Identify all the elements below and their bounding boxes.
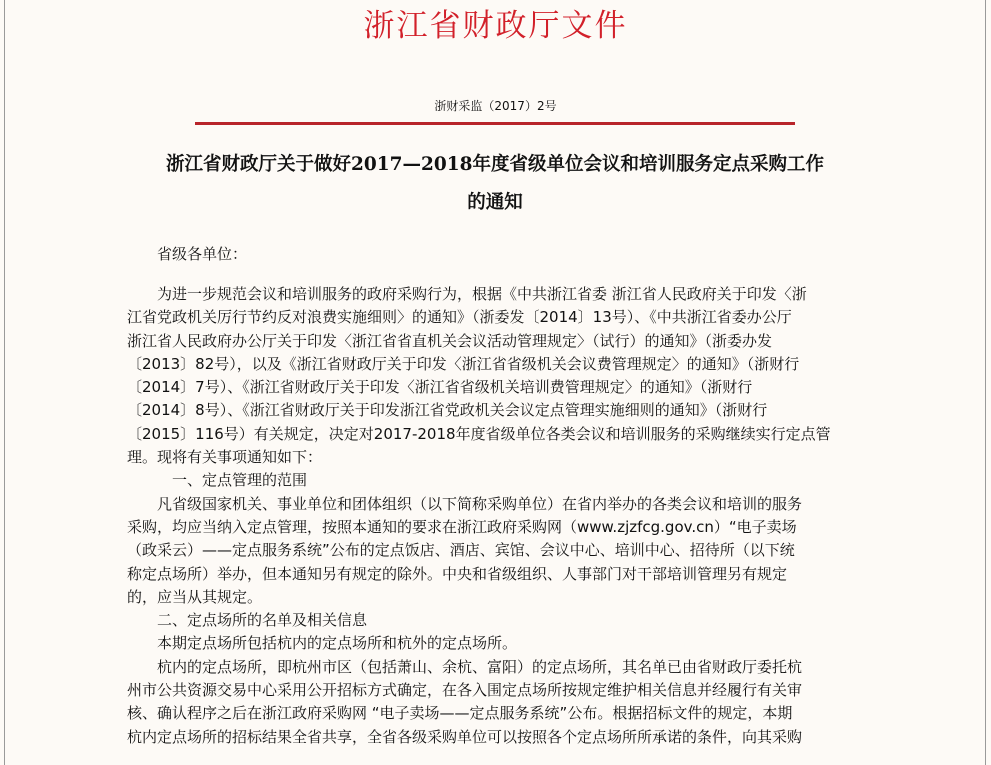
section-2-line: 本期定点场所包括杭内的定点场所和杭外的定点场所。 xyxy=(127,632,867,655)
section-1-line: 的，应当从其规定。 xyxy=(127,586,867,609)
section-2-line: 杭内定点场所的招标结果全省共享，全省各级采购单位可以按照各个定点场所所承诺的条件… xyxy=(127,726,867,749)
document-title: 浙江省财政厅关于做好2017—2018年度省级单位会议和培训服务定点采购工作 的… xyxy=(120,146,870,222)
salutation: 省级各单位： xyxy=(157,242,247,266)
red-header-rule xyxy=(195,122,795,125)
issuer-title: 浙江省财政厅文件 xyxy=(0,4,991,48)
section-2-line: 杭内的定点场所，即杭州市区（包括萧山、余杭、富阳）的定点场所，其名单已由省财政厅… xyxy=(127,656,867,679)
section-2-line: 核、确认程序之后在浙江政府采购网 “电子卖场——定点服务系统”公布。根据招标文件… xyxy=(127,702,867,725)
document-body: 为进一步规范会议和培训服务的政府采购行为，根据《中共浙江省委 浙江省人民政府关于… xyxy=(127,283,867,749)
intro-line: 浙江省人民政府办公厅关于印发〈浙江省省直机关会议活动管理规定〉（试行）的通知》（… xyxy=(127,330,867,353)
document-title-line-1: 浙江省财政厅关于做好2017—2018年度省级单位会议和培训服务定点采购工作 xyxy=(120,146,870,184)
section-1-heading: 一、定点管理的范围 xyxy=(127,469,867,492)
document-number: 浙财采监（2017）2号 xyxy=(0,98,991,114)
section-1-line: 称定点场所）举办，但本通知另有规定的除外。中央和省级组织、人事部门对干部培训管理… xyxy=(127,563,867,586)
document-title-line-2: 的通知 xyxy=(120,184,870,222)
intro-line: 〔2014〕8号）、《浙江省财政厅关于印发浙江省党政机关会议定点管理实施细则的通… xyxy=(127,399,867,422)
intro-line: 〔2013〕82号），以及《浙江省财政厅关于印发〈浙江省省级机关会议费管理规定〉… xyxy=(127,353,867,376)
section-1-line: 凡省级国家机关、事业单位和团体组织（以下简称采购单位）在省内举办的各类会议和培训… xyxy=(127,493,867,516)
intro-line: 理。现将有关事项通知如下： xyxy=(127,446,867,469)
section-2-heading: 二、定点场所的名单及相关信息 xyxy=(127,609,867,632)
intro-line: 江省党政机关厉行节约反对浪费实施细则〉的通知》（浙委发〔2014〕13号）、《中… xyxy=(127,306,867,329)
section-2-line: 州市公共资源交易中心采用公开招标方式确定，在各入围定点场所按规定维护相关信息并经… xyxy=(127,679,867,702)
intro-line: 〔2014〕7号）、《浙江省财政厅关于印发〈浙江省省级机关培训费管理规定〉的通知… xyxy=(127,376,867,399)
intro-line: 〔2015〕116号）有关规定，决定对2017-2018年度省级单位各类会议和培… xyxy=(127,423,867,446)
section-1-line: 采购，均应当纳入定点管理，按照本通知的要求在浙江政府采购网（www.zjzfcg… xyxy=(127,516,867,539)
intro-line: 为进一步规范会议和培训服务的政府采购行为，根据《中共浙江省委 浙江省人民政府关于… xyxy=(127,283,867,306)
section-1-line: （政采云）——定点服务系统”公布的定点饭店、酒店、宾馆、会议中心、培训中心、招待… xyxy=(127,539,867,562)
